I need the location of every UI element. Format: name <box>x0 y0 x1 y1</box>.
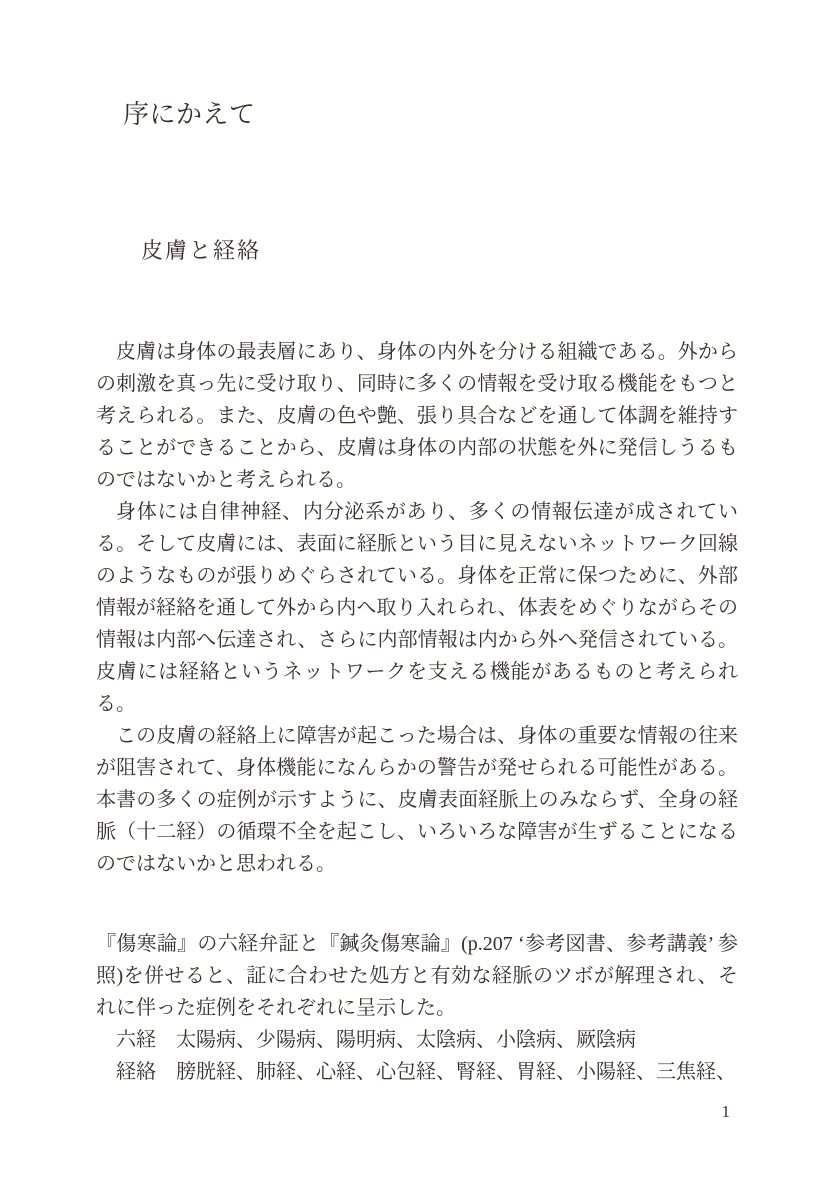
list-label-keiraku: 経絡 <box>116 1061 156 1083</box>
paragraph-nervous-system: 身体には自律神経、内分泌系があり、多くの情報伝達が成されている。そして皮膚には、… <box>96 496 738 720</box>
list-items-rokkei: 太陽病、少陽病、陽明病、太陰病、小陰病、厥陰病 <box>176 1029 636 1051</box>
document-page: 序にかえて 皮膚と経絡 皮膚は身体の最表層にあり、身体の内外を分ける組織である。… <box>0 0 830 1178</box>
paragraph-skin-surface: 皮膚は身体の最表層にあり、身体の内外を分ける組織である。外からの刺激を真っ先に受… <box>96 336 738 496</box>
list-label-rokkei: 六経 <box>116 1029 156 1051</box>
list-line-rokkei: 六経太陽病、少陽病、陽明病、太陰病、小陰病、厥陰病 <box>96 1024 738 1056</box>
page-title: 序にかえて <box>123 99 256 130</box>
page-number: 1 <box>722 1102 731 1122</box>
note-paragraph: 『傷寒論』の六経弁証と『鍼灸傷寒論』(p.207 ‘参考図書、参考講義’ 参照)… <box>96 928 738 1024</box>
section-heading: 皮膚と経絡 <box>141 238 261 264</box>
paragraph-meridian-disorder: この皮膚の経絡上に障害が起こった場合は、身体の重要な情報の往来が阻害されて、身体… <box>96 720 738 880</box>
body-text: 皮膚は身体の最表層にあり、身体の内外を分ける組織である。外からの刺激を真っ先に受… <box>96 336 738 1088</box>
list-items-keiraku: 膀胱経、肺経、心経、心包経、腎経、胃経、小陽経、三焦経、 <box>176 1061 736 1083</box>
list-line-keiraku: 経絡膀胱経、肺経、心経、心包経、腎経、胃経、小陽経、三焦経、 <box>96 1056 738 1088</box>
